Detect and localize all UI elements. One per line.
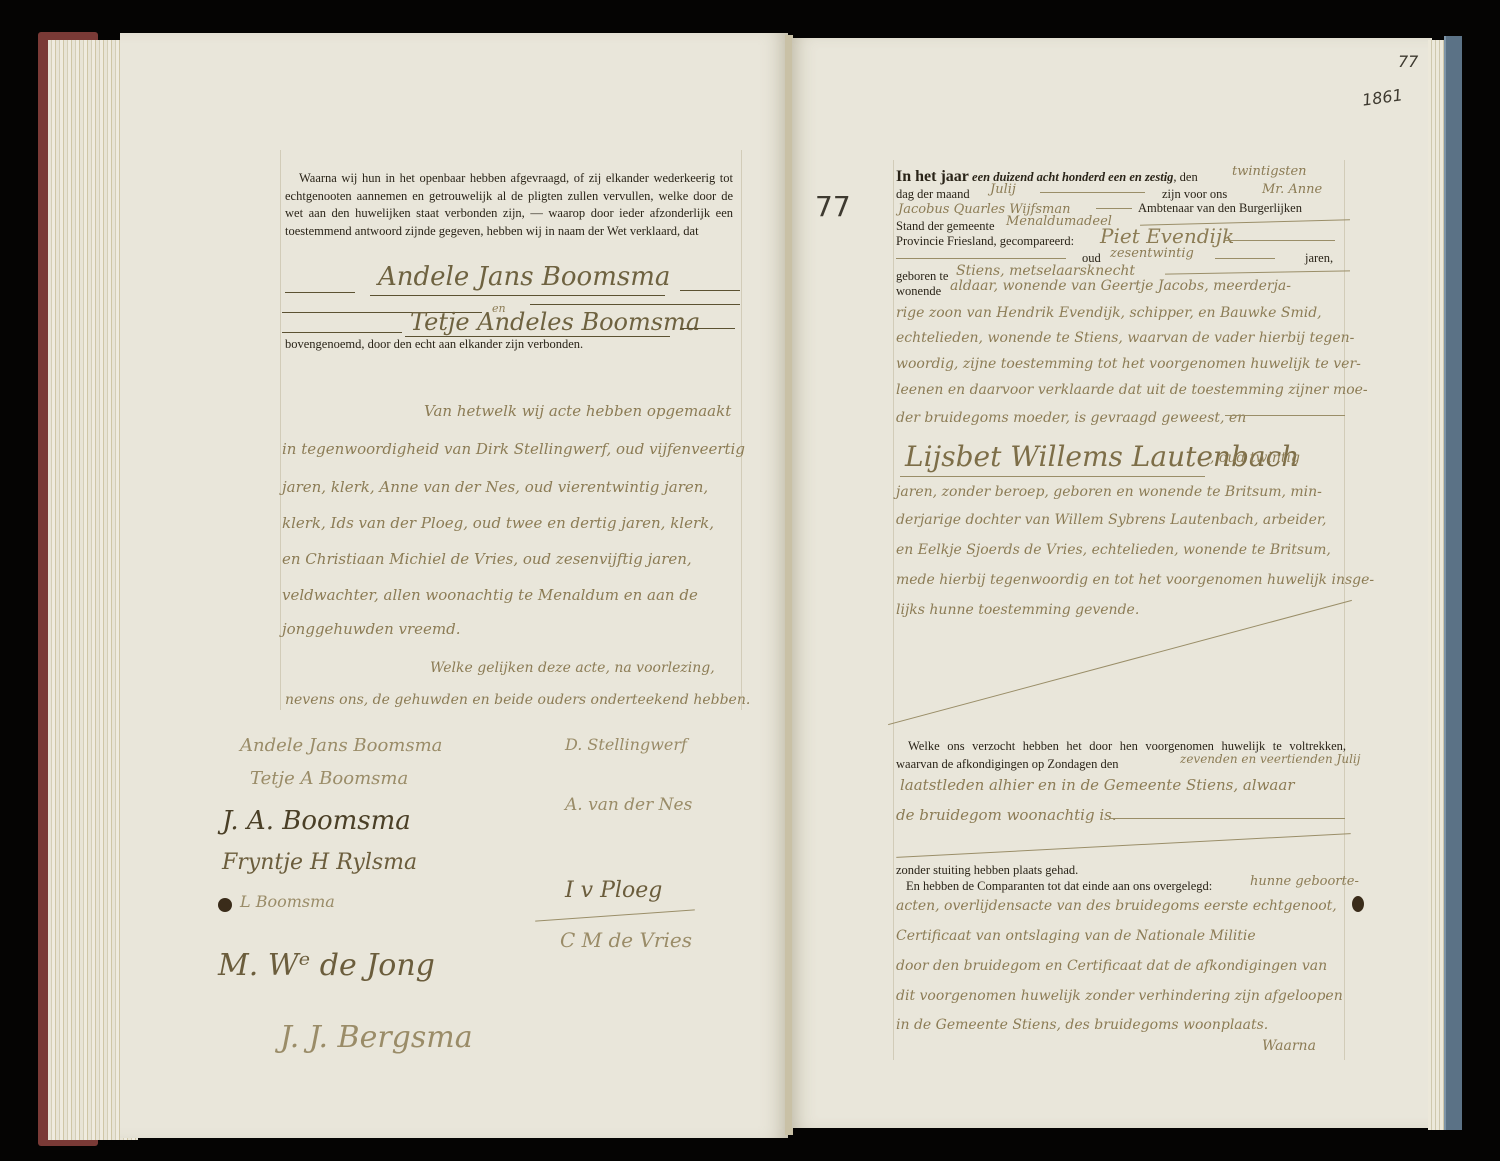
rule: [1225, 415, 1345, 416]
groom-text: der bruidegoms moeder, is gevraagd gewee…: [896, 410, 1246, 426]
signature: M. Wᵉ de Jong: [218, 948, 435, 983]
documents-text: dit voorgenomen huwelijk zonder verhinde…: [896, 988, 1343, 1004]
proclamation: laatstleden alhier en in de Gemeente Sti…: [900, 776, 1295, 794]
rule: [680, 290, 740, 291]
witness-line: veldwachter, allen woonachtig te Menaldu…: [282, 586, 698, 604]
catchword: Waarna: [1262, 1038, 1316, 1054]
rule: [896, 258, 1066, 259]
documents-text: in de Gemeente Stiens, des bruidegoms wo…: [896, 1017, 1268, 1033]
ink-blot: [218, 898, 232, 912]
rule: [680, 328, 735, 329]
closing-printed: bovengenoemd, door den echt aan elkander…: [285, 336, 733, 354]
bride-text: lijks hunne toestemming gevende.: [896, 602, 1139, 618]
label-wonende: wonende: [896, 283, 941, 301]
witness-line: en Christiaan Michiel de Vries, oud zese…: [282, 550, 692, 568]
closing-line: nevens ons, de gehuwden en beide ouders …: [285, 692, 750, 708]
age-field: zesentwintig: [1110, 246, 1194, 261]
bride-text: en Eelkje Sjoerds de Vries, echtelieden,…: [896, 542, 1331, 558]
rule: [900, 476, 1205, 477]
rule: [1215, 258, 1275, 259]
signature: L Boomsma: [240, 892, 335, 911]
rule: [282, 332, 402, 333]
signature: I v Ploeg: [565, 878, 662, 903]
witness-line: in tegenwoordigheid van Dirk Stellingwer…: [282, 440, 745, 458]
rule: [1040, 192, 1145, 193]
gemeente-field: Menaldumadeel: [1006, 214, 1112, 229]
rule: [1110, 818, 1345, 819]
signature: Andele Jans Boomsma: [240, 735, 442, 756]
book-cover-right: [1444, 36, 1462, 1130]
signature: D. Stellingwerf: [565, 735, 687, 754]
label-jaren: jaren,: [1305, 250, 1333, 268]
witness-line: klerk, Ids van der Ploeg, oud twee en de…: [282, 514, 714, 532]
bride-age: , oud twintig: [1210, 450, 1300, 466]
act-number: 77: [815, 190, 851, 223]
signature: Tetje A Boomsma: [250, 768, 408, 789]
rule: [1096, 208, 1132, 209]
rule: [1225, 240, 1335, 241]
ink-blot: [1352, 896, 1364, 912]
documents-text: acten, overlijdensacte van des bruidegom…: [896, 898, 1337, 914]
groom-text: aldaar, wonende van Geertje Jacobs, meer…: [950, 278, 1291, 294]
signature: C M de Vries: [560, 928, 692, 952]
bride-text: mede hierbij tegenwoordig en tot het voo…: [896, 572, 1374, 588]
witness-line: jaren, klerk, Anne van der Nes, oud vier…: [282, 478, 708, 496]
documents-text: door den bruidegom en Certificaat dat de…: [896, 958, 1327, 974]
documents-text: Certificaat van ontslaging van de Nation…: [896, 928, 1256, 944]
bride-name: Tetje Andeles Boomsma: [410, 308, 700, 336]
rule: [530, 304, 740, 305]
rule: [370, 295, 665, 296]
intro-paragraph: Waarna wij hun in het openbaar hebben af…: [285, 170, 733, 240]
label-dag: dag der maand: [896, 186, 970, 204]
en-hebben: En hebben de Comparanten tot dat einde a…: [906, 878, 1212, 896]
bride-text: derjarige dochter van Willem Sybrens Lau…: [896, 512, 1326, 528]
bride-text: jaren, zonder beroep, geboren en wonende…: [896, 484, 1322, 500]
closing-line: Welke gelijken deze acte, na voorlezing,: [430, 660, 715, 676]
comparant-name: Piet Evendijk: [1100, 224, 1234, 248]
proclamation: zevenden en veertienden Julij: [1180, 752, 1360, 766]
rule: [285, 292, 355, 293]
documents-text: hunne geboorte-: [1250, 874, 1359, 889]
groom-text: echtelieden, wonende te Stiens, waarvan …: [896, 330, 1354, 346]
witness-line: jonggehuwden vreemd.: [282, 620, 460, 638]
day-field: twintigsten: [1232, 164, 1307, 179]
signature: J. A. Boomsma: [222, 806, 411, 836]
signature: Fryntje H Rylsma: [222, 850, 417, 875]
witness-line: Van hetwelk wij acte hebben opgemaakt: [424, 402, 731, 420]
groom-text: leenen en daarvoor verklaarde dat uit de…: [896, 382, 1368, 398]
groom-name: Andele Jans Boomsma: [378, 262, 670, 292]
zonder-stuiting: zonder stuiting hebben plaats gehad.: [896, 862, 1078, 880]
proclamation: de bruidegom woonachtig is.: [896, 806, 1117, 824]
groom-text: rige zoon van Hendrik Evendijk, schipper…: [896, 305, 1322, 321]
label-provincie: Provincie Friesland, gecompareerd:: [896, 233, 1074, 251]
signature: J. J. Bergsma: [280, 1020, 473, 1055]
folio-number: 77: [1398, 52, 1418, 71]
official-a: Mr. Anne: [1262, 182, 1322, 197]
signature: A. van der Nes: [565, 795, 692, 815]
month-field: Julij: [990, 182, 1016, 197]
groom-text: woordig, zijne toestemming tot het voorg…: [896, 356, 1361, 372]
line-year: In het jaar een duizend acht honderd een…: [896, 168, 1198, 187]
label-ambtenaar: Ambtenaar van den Burgerlijken: [1138, 200, 1302, 218]
birthplace-field: Stiens, metselaarsknecht: [956, 263, 1135, 279]
